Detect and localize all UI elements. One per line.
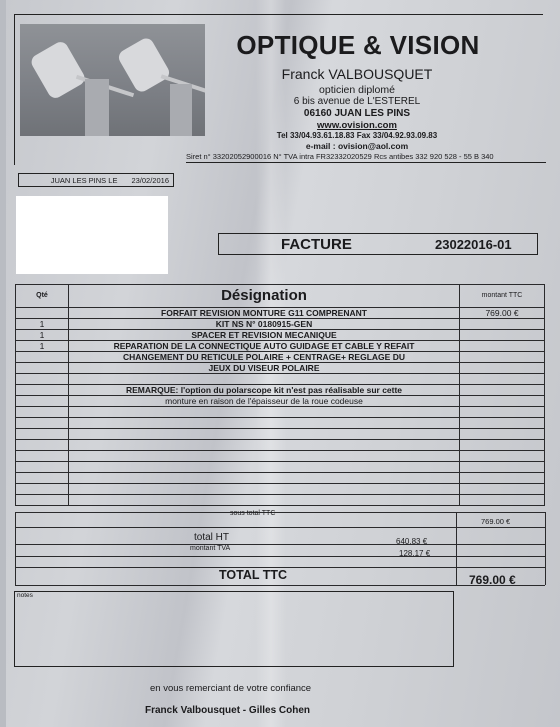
table-row (16, 374, 545, 385)
company-phone-fax: Tel 33/04.93.61.18.83 Fax 33/04.92.93.09… (232, 131, 482, 140)
cell-amount (460, 440, 545, 451)
cell-qty: 1 (16, 341, 69, 352)
invoice-title-box: FACTURE 23022016-01 (218, 233, 538, 255)
total-ttc-value: 769.00 € (469, 573, 516, 587)
cell-amount (460, 473, 545, 484)
table-row: monture en raison de l'épaisseur de la r… (16, 396, 545, 407)
signature: Franck Valbousquet - Gilles Cohen (145, 705, 310, 716)
cell-qty (16, 396, 69, 407)
table-row (16, 429, 545, 440)
date-place: JUAN LES PINS LE (51, 176, 118, 185)
cell-amount (460, 385, 545, 396)
cell-qty: 1 (16, 330, 69, 341)
cell-designation: CHANGEMENT DU RETICULE POLAIRE + CENTRAG… (69, 352, 460, 363)
total-ttc-label: TOTAL TTC (219, 568, 287, 582)
cell-amount (460, 462, 545, 473)
header-amount: montant TTC (460, 285, 545, 308)
table-row (16, 407, 545, 418)
totals-border (456, 512, 457, 585)
totals-border (545, 512, 546, 585)
table-row: 1KIT NS N° 0180915-GEN (16, 319, 545, 330)
cell-qty (16, 429, 69, 440)
cell-amount (460, 396, 545, 407)
totals-rule (15, 585, 545, 586)
telescope-tube-right (116, 36, 172, 95)
table-row: CHANGEMENT DU RETICULE POLAIRE + CENTRAG… (16, 352, 545, 363)
mount-pier-left (85, 79, 109, 136)
cell-designation: KIT NS N° 0180915-GEN (69, 319, 460, 330)
table-row: REMARQUE: l'option du polarscope kit n'e… (16, 385, 545, 396)
company-title: opticien diplomé (232, 84, 482, 96)
items-table: Qté Désignation montant TTC FORFAIT REVI… (15, 284, 545, 506)
invoice-label: FACTURE (281, 236, 352, 253)
tva-label: montant TVA (190, 545, 230, 552)
cell-amount (460, 341, 545, 352)
cell-qty (16, 352, 69, 363)
table-header-row: Qté Désignation montant TTC (16, 285, 545, 308)
table-row (16, 495, 545, 506)
cell-amount (460, 451, 545, 462)
mount-pier-right (170, 84, 192, 136)
cell-designation (69, 495, 460, 506)
totals-rule (15, 512, 545, 513)
company-legal-info: Siret n° 33202052900016 N° TVA intra FR3… (186, 152, 546, 163)
total-ht-label: total HT (194, 532, 229, 543)
invoice-number: 23022016-01 (435, 237, 512, 252)
cell-designation: REMARQUE: l'option du polarscope kit n'e… (69, 385, 460, 396)
telescope-tube-left (29, 39, 88, 101)
company-email: e-mail : ovision@aol.com (232, 141, 482, 151)
notes-box: notes (14, 591, 454, 667)
table-row (16, 418, 545, 429)
cell-amount: 769.00 € (460, 308, 545, 319)
cell-amount (460, 407, 545, 418)
cell-designation (69, 429, 460, 440)
cell-designation: REPARATION DE LA CONNECTIQUE AUTO GUIDAG… (69, 341, 460, 352)
cell-qty (16, 451, 69, 462)
table-row (16, 451, 545, 462)
totals-rule (15, 556, 545, 557)
company-city: 06160 JUAN LES PINS (232, 108, 482, 119)
table-row: JEUX DU VISEUR POLAIRE (16, 363, 545, 374)
header-qty: Qté (16, 285, 69, 308)
table-row (16, 440, 545, 451)
company-owner: Franck VALBOUSQUET (232, 66, 482, 82)
company-street: 6 bis avenue de L'ESTEREL (232, 96, 482, 107)
table-row (16, 473, 545, 484)
totals-rule (15, 527, 545, 528)
cell-amount (460, 429, 545, 440)
date-line: JUAN LES PINS LE 23/02/2016 (18, 173, 174, 187)
cell-qty (16, 495, 69, 506)
cell-qty (16, 462, 69, 473)
cell-qty (16, 374, 69, 385)
cell-designation (69, 462, 460, 473)
subtotal-label: sous total TTC (230, 510, 275, 517)
notes-label: notes (17, 592, 33, 599)
cell-amount (460, 319, 545, 330)
subtotal-value: 769.00 € (481, 517, 510, 526)
cell-qty (16, 418, 69, 429)
cell-qty (16, 407, 69, 418)
cell-amount (460, 484, 545, 495)
table-row: FORFAIT REVISION MONTURE G11 COMPRENANT7… (16, 308, 545, 319)
cell-qty (16, 363, 69, 374)
cell-designation (69, 418, 460, 429)
cell-amount (460, 330, 545, 341)
redacted-customer-address (16, 196, 168, 274)
table-row: 1SPACER ET REVISION MECANIQUE (16, 330, 545, 341)
cell-amount (460, 352, 545, 363)
cell-designation (69, 440, 460, 451)
telescope-photo (20, 24, 205, 136)
company-website: www.ovision.com (232, 120, 482, 131)
tva-value: 128.17 € (399, 549, 430, 558)
cell-designation: monture en raison de l'épaisseur de la r… (69, 396, 460, 407)
cell-designation (69, 407, 460, 418)
table-row (16, 462, 545, 473)
cell-amount (460, 495, 545, 506)
header-designation: Désignation (69, 285, 460, 308)
cell-qty (16, 385, 69, 396)
cell-designation (69, 473, 460, 484)
cell-designation (69, 484, 460, 495)
cell-amount (460, 374, 545, 385)
cell-qty (16, 440, 69, 451)
cell-designation: SPACER ET REVISION MECANIQUE (69, 330, 460, 341)
cell-amount (460, 418, 545, 429)
cell-designation (69, 374, 460, 385)
cell-qty (16, 308, 69, 319)
total-ht-value: 640.83 € (396, 537, 427, 546)
table-row (16, 484, 545, 495)
totals-rule (15, 544, 545, 545)
cell-designation (69, 451, 460, 462)
cell-qty (16, 473, 69, 484)
company-name: OPTIQUE & VISION (218, 30, 498, 61)
table-row: 1REPARATION DE LA CONNECTIQUE AUTO GUIDA… (16, 341, 545, 352)
thank-you-message: en vous remerciant de votre confiance (150, 683, 311, 694)
cell-designation: JEUX DU VISEUR POLAIRE (69, 363, 460, 374)
cell-qty (16, 484, 69, 495)
totals-border (15, 512, 16, 585)
invoice-date: 23/02/2016 (131, 176, 169, 185)
cell-designation: FORFAIT REVISION MONTURE G11 COMPRENANT (69, 308, 460, 319)
cell-qty: 1 (16, 319, 69, 330)
cell-amount (460, 363, 545, 374)
